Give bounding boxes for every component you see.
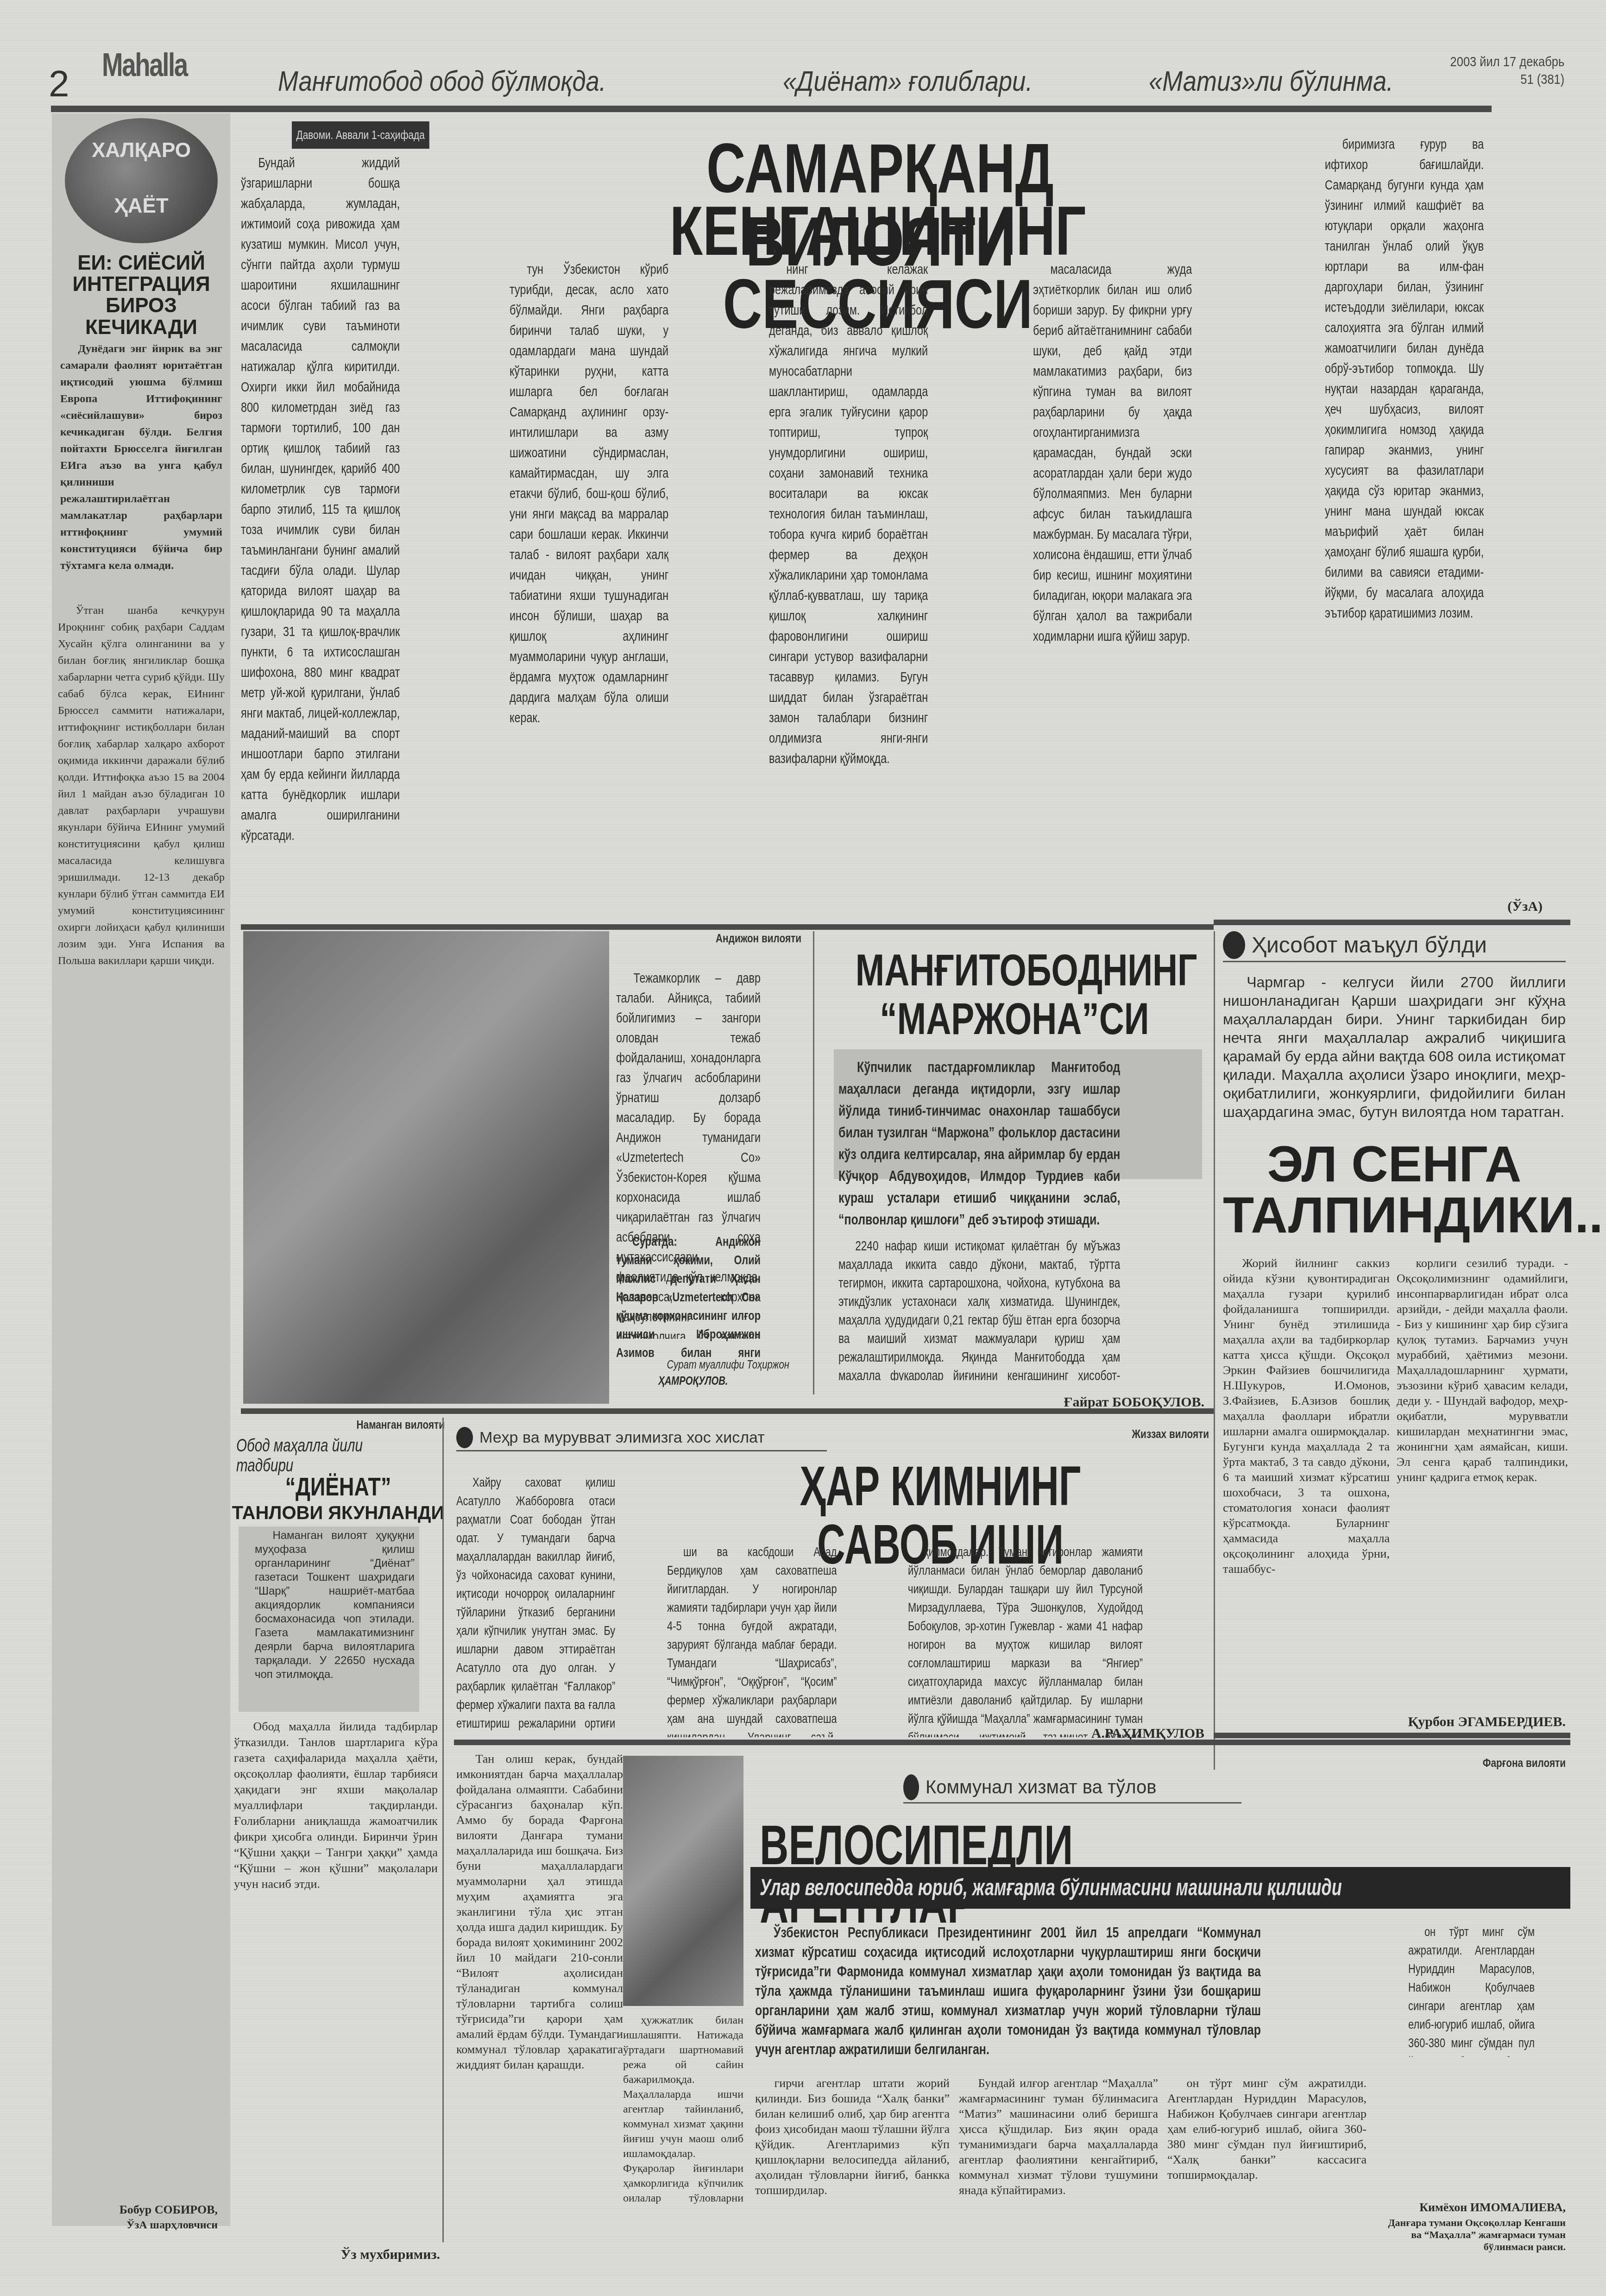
- savob-region: Жиззах вилояти: [1057, 1427, 1209, 1441]
- diyonat-byline: Ўз мухбиримиз.: [324, 2247, 440, 2263]
- kommunal-lead: Ўзбекистон Республикаси Президентининг 2…: [755, 1923, 1261, 2057]
- savob-col-1: Хайру саховат қилиш Асатулло Жабборовга …: [456, 1473, 615, 1733]
- section-rule-2b: [1214, 1733, 1570, 1738]
- lead-source: (ЎзА): [1482, 899, 1543, 915]
- kommunal-col-c: Бундай илғор агентлар “Маҳалла” жамғарма…: [959, 2075, 1158, 2214]
- lead-column-4: масаласида жуда эҳтиёткорлик билан иш ол…: [1033, 259, 1192, 866]
- diyonat-body: Обод маҳалла йилида тадбирлар ўтказилди.…: [234, 1719, 438, 2201]
- author-portrait: [623, 1756, 743, 2006]
- teaser-1[interactable]: Манғитобод обод бўлмоқда.: [278, 65, 606, 98]
- kommunal-byline-role: Данғара тумани Оқсоқоллар Кенгаши ва “Ма…: [1380, 2217, 1566, 2253]
- kommunal-side: он тўрт минг сўм ажратилди. Агентлардан …: [1408, 1923, 1535, 2057]
- page-number: 2: [49, 63, 69, 105]
- rubric-line1: ХАЛҚАРО: [74, 139, 208, 162]
- lead-column-5: биримизга ғурур ва ифтихор бағишлайди. С…: [1325, 134, 1484, 899]
- hisobot-headline-line2: ТАЛПИНДИКИ...: [1223, 1188, 1566, 1242]
- newspaper-logo: Mahalla: [102, 46, 187, 83]
- kommunal-rubric: Коммунал хизмат ва тўлов: [903, 1774, 1241, 1804]
- savob-col-2: ши ва касбдоши Асад Бердиқулов ҳам сахов…: [667, 1543, 837, 1737]
- dateline: 2003 йил 17 декабрь 51 (381): [1450, 53, 1564, 88]
- newspaper-page: 2 Mahalla Манғитобод обод бўлмоқда. «Диё…: [0, 0, 1606, 2296]
- sidebar-body: Ўтган шанба кечқурун Ироқнинг собиқ раҳб…: [58, 602, 225, 2177]
- kommunal-byline-name: Кимёхон ИМОМАЛИЕВА,: [1380, 2201, 1566, 2214]
- divider: [813, 931, 814, 1394]
- photo-credit-label: Сурат муаллифи Тоҳиржон: [667, 1357, 797, 1372]
- issue-number: 51 (381): [1450, 71, 1564, 88]
- lead-column-3: нинг келажак режаларимизда асосий ўрин т…: [769, 259, 928, 866]
- diyonat-headline-line1: “ДИЁНАТ”: [253, 1473, 423, 1501]
- andijan-caption: Суратда: Андижон тумани ҳокими, Олий Маж…: [616, 1232, 761, 1357]
- divider: [442, 1418, 444, 2242]
- savob-byline: А.РАҲИМҚУЛОВ: [1019, 1726, 1204, 1741]
- hisobot-rubric: Ҳисобот маъқул бўлди: [1223, 931, 1566, 962]
- kommunal-region: Фарғона вилояти: [1425, 1756, 1566, 1770]
- diyonat-headline-line2: ТАНЛОВИ ЯКУНЛАНДИ: [232, 1503, 445, 1523]
- hisobot-col-1: Жорий йилнинг саккиз ойида кўзни қувонти…: [1223, 1255, 1390, 1700]
- diyonat-kicker: Обод маҳалла йили тадбири: [236, 1436, 395, 1476]
- mangitobod-body: 2240 нафар киши истиқомат қилаётган бу м…: [838, 1237, 1120, 1381]
- kommunal-left-col: Тан олиш керак, бундай имкониятдан барча…: [456, 1751, 623, 2210]
- mangitobod-byline: Ғайрат БОБОҚУЛОВ.: [973, 1394, 1204, 1410]
- sidebar-headline: ЕИ: СИЁСИЙ ИНТЕГРАЦИЯ БИРОЗ КЕЧИКАДИ: [60, 252, 222, 338]
- diyonat-region: Наманган вилояти: [274, 1418, 445, 1432]
- sidebar-lead: Дунёдаги энг йирик ва энг самарали фаоли…: [60, 341, 222, 600]
- masthead-rule: [51, 106, 1492, 112]
- section-rule-2: [241, 1408, 1214, 1414]
- hisobot-lead: Чармгар - келгуси йили 2700 йиллиги нишо…: [1223, 973, 1566, 1130]
- lead-column-2: тун Ўзбекистон кўриб турибди, десак, асл…: [510, 259, 668, 866]
- andijan-region: Андижон вилояти: [649, 931, 801, 946]
- section-rule-3: [454, 1740, 1570, 1745]
- kommunal-subheadline: Улар велосипедда юриб, жамғарма бўлинмас…: [760, 1874, 1340, 1901]
- kommunal-col-d: он тўрт минг сўм ажратилди. Агентлардан …: [1167, 2075, 1367, 2214]
- diyonat-info: Наманган вилоят ҳуқуқни муҳофаза қилиш о…: [255, 1529, 415, 1714]
- bullet-icon: [903, 1774, 919, 1800]
- lead-column-1: Бундай жиддий ўзгаришларни бошқа жабҳала…: [241, 153, 400, 866]
- kommunal-col-a: ҳужжатлик билан ишлашяпти. Натижада ўрта…: [623, 2013, 743, 2208]
- continued-tag: Давоми. Аввали 1-саҳифада: [292, 121, 429, 149]
- teaser-3[interactable]: «Матиз»ли бўлинма.: [1149, 65, 1393, 98]
- globe-icon: [65, 118, 218, 243]
- kommunal-col-b: гирчи агентлар штати жорий қилинди. Биз …: [755, 2075, 950, 2214]
- divider: [1214, 931, 1215, 1770]
- hisobot-rubric-label: Ҳисобот маъқул бўлди: [1252, 933, 1487, 958]
- rubric-line2: ҲАЁТ: [74, 195, 208, 218]
- sidebar-byline-role: ЎзА шарҳловчиси: [58, 2219, 218, 2232]
- andijan-photo: [243, 931, 609, 1404]
- hisobot-headline-line1: ЭЛ СЕНГА: [1223, 1137, 1566, 1191]
- savob-rubric-label: Меҳр ва мурувват элимизга хос хислат: [479, 1429, 765, 1447]
- teaser-2[interactable]: «Диёнат» ғолиблари.: [783, 65, 1033, 98]
- issue-date: 2003 йил 17 декабрь: [1450, 53, 1564, 71]
- bullet-icon: [456, 1427, 473, 1448]
- mangitobod-headline-line1: МАНҒИТОБОДНИНГ: [856, 947, 1173, 994]
- savob-rubric: Меҳр ва мурувват элимизга хос хислат: [456, 1427, 827, 1451]
- mangitobod-lead: Кўпчилик пастдарғомликлар Манғитобод маҳ…: [838, 1056, 1120, 1232]
- photo-credit-name: ҲАМРОҚУЛОВ.: [658, 1374, 728, 1388]
- bullet-icon: [1223, 931, 1245, 959]
- hisobot-byline: Қурбон ЭГАМБЕРДИЕВ.: [1343, 1714, 1566, 1730]
- section-rule-1b: [1214, 920, 1570, 925]
- savob-col-3: қилмоқдалар. Туман ногиронлар жамияти йў…: [908, 1543, 1143, 1737]
- kommunal-rubric-label: Коммунал хизмат ва тўлов: [926, 1777, 1157, 1798]
- section-rule-1: [241, 924, 1214, 930]
- hisobot-col-2: корлиги сезилиб туради. - Оқсоқолимизнин…: [1397, 1255, 1568, 1700]
- sidebar-byline-name: Бобур СОБИРОВ,: [58, 2203, 218, 2217]
